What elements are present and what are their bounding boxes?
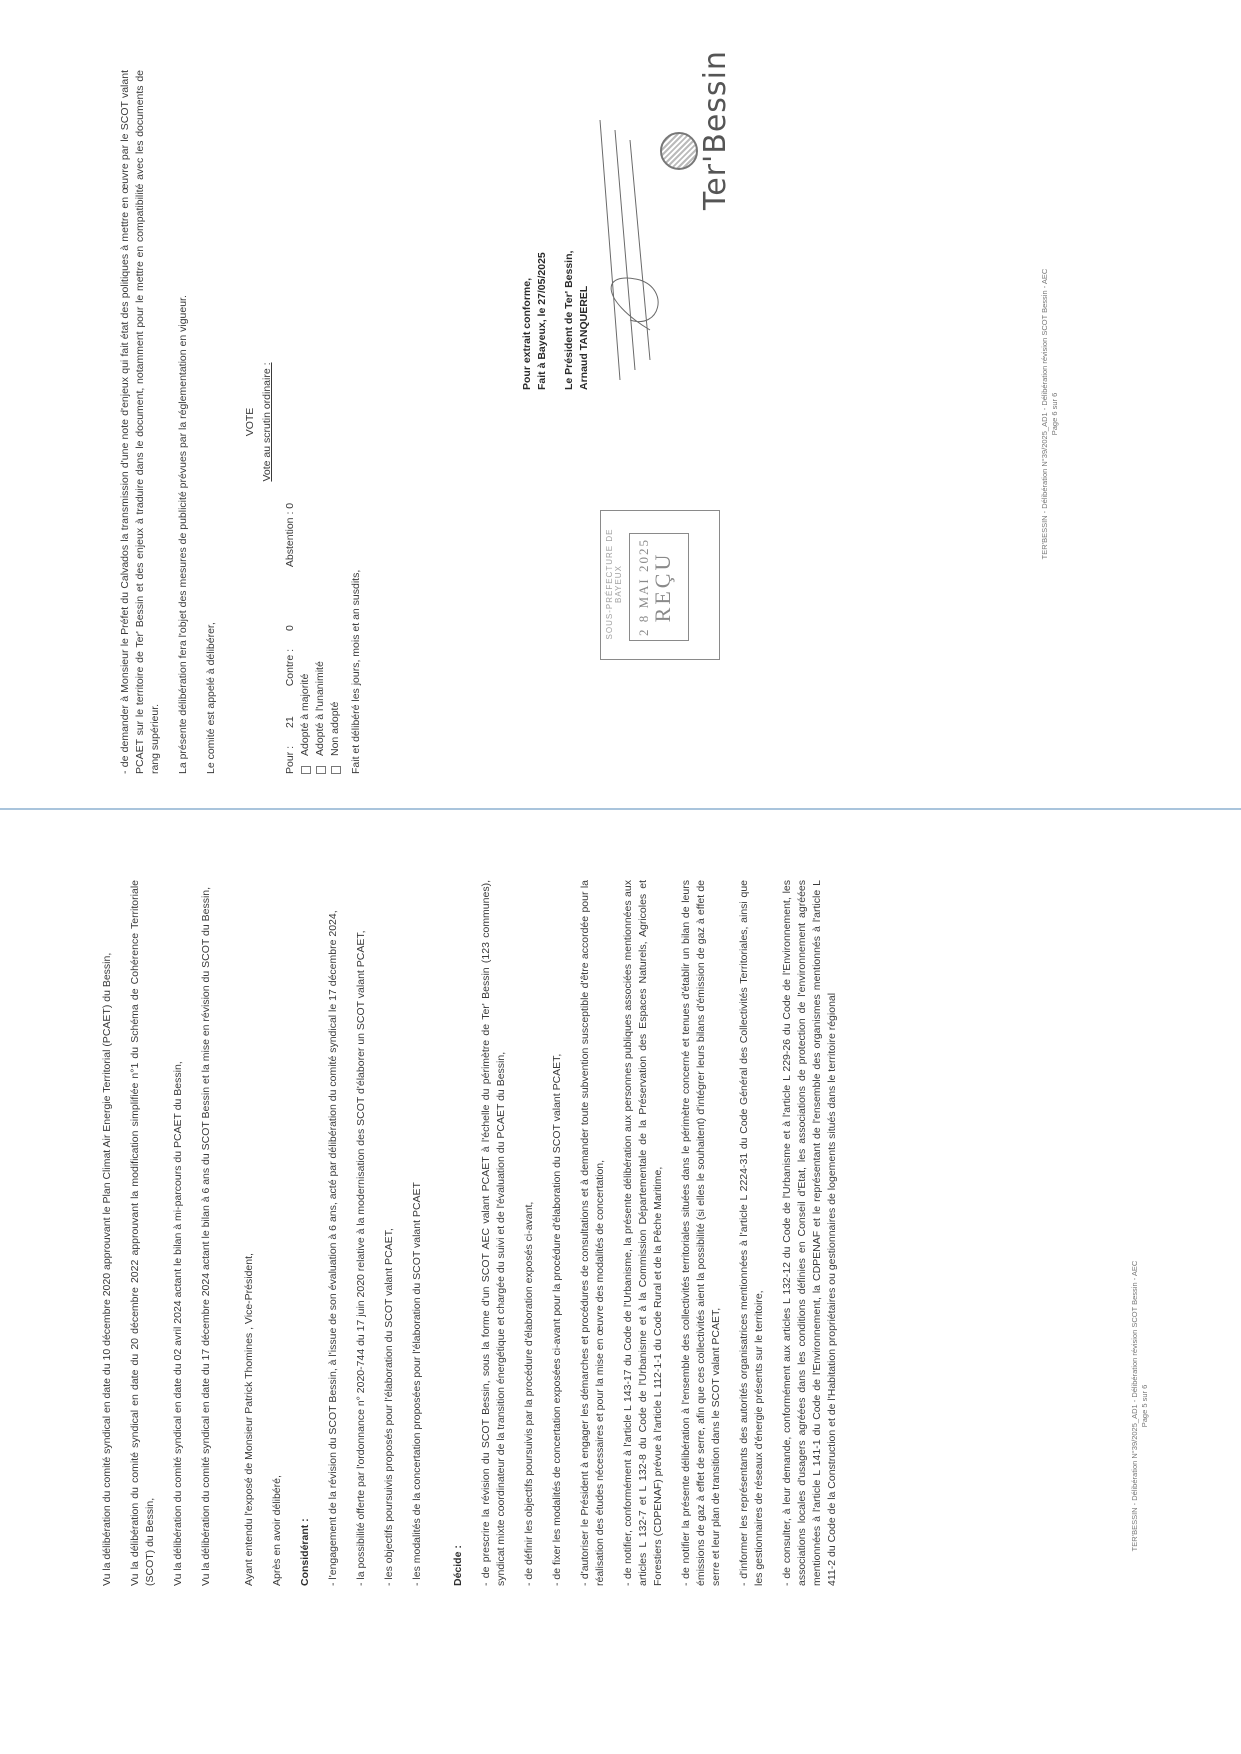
footer-reference: TER'BESSIN - Délibération N°39/2025_AD1 … [1040,54,1050,774]
option-label: Non adopté [328,702,343,756]
demander-prefet-clause: - de demander à Monsieur le Préfet du Ca… [118,70,163,774]
option-label: Adopté à majorité [298,674,313,756]
publicite-clause: La présente délibération fera l'objet de… [176,70,191,774]
contre-value: 0 [283,625,298,631]
decide-item: - de notifier la présente délibération à… [679,880,724,1586]
vote-counts: Pour : 21 Contre : 0 Abstention : 0 [283,70,298,774]
ter-bessin-logo: Ter'Bessin [660,30,750,270]
vu-clause: Vu la délibération du comité syndical en… [128,880,158,1586]
fait-delibere: Fait et délibéré les jours, mois et an s… [349,70,364,774]
option-label: Adopté à l'unanimité [313,661,328,756]
considerant-item: - les modalités de la concertation propo… [410,880,425,1586]
considerant-heading: Considérant : [298,880,313,1586]
decide-item: - de consulter, à leur demande, conformé… [780,880,840,1586]
fait-a-bayeux: Fait à Bayeux, le 27/05/2025 [535,90,550,390]
pour-value: 21 [283,716,298,728]
stamp-inner-box: 2 8 MAI 2025 REÇU [629,533,689,641]
considerant-item: - la possibilité offerte par l'ordonnanc… [354,880,369,1586]
seal-icon [660,132,698,170]
stamp-date: 2 8 MAI 2025 [636,534,651,640]
vu-clause: Vu la délibération du comité syndical en… [171,880,186,1586]
received-stamp: SOUS-PRÉFECTURE DE BAYEUX 2 8 MAI 2025 R… [600,510,720,660]
document-page-5: Vu la délibération du comité syndical en… [0,810,1241,1754]
page-footer: TER'BESSIN - Délibération N°39/2025_AD1 … [1040,54,1060,774]
page-number: Page 5 sur 6 [1140,1226,1150,1586]
considerant-item: - les objectifs poursuivis proposés pour… [382,880,397,1586]
checkbox-icon[interactable] [331,766,341,774]
abstention: Abstention : 0 [283,503,298,567]
footer-reference: TER'BESSIN - Délibération N°39/2025_AD1 … [1130,1226,1140,1586]
document-page-6: - de demander à Monsieur le Préfet du Ca… [0,0,1241,810]
vote-title: VOTE [243,70,258,774]
vu-clause: Vu la délibération du comité syndical en… [199,880,214,1586]
apres-delibere: Après en avoir délibéré, [270,880,285,1586]
page-footer: TER'BESSIN - Délibération N°39/2025_AD1 … [1130,1226,1150,1586]
vote-subtitle: Vote au scrutin ordinaire : [260,70,275,774]
ayant-entendu: Ayant entendu l'exposé de Monsieur Patri… [242,880,257,1586]
decide-item: - de fixer les modalités de concertation… [550,880,565,1586]
pour-label: Pour : [283,746,298,774]
option-adopte-unanimite[interactable]: Adopté à l'unanimité [313,70,328,774]
stamp-word: REÇU [655,534,670,640]
logo-text: Ter'Bessin [708,50,723,210]
vote-section: VOTE Vote au scrutin ordinaire : Pour : … [243,70,364,774]
checkbox-icon[interactable] [316,766,326,774]
contre-label: Contre : [283,649,298,686]
page-number: Page 6 sur 6 [1050,54,1060,774]
extrait-conforme: Pour extrait conforme, [520,90,535,390]
checkbox-icon[interactable] [301,766,311,774]
comite-appele: Le comité est appelé à délibérer, [204,70,219,774]
vu-clause: Vu la délibération du comité syndical en… [100,880,115,1586]
considerant-item: - l'engagement de la révision du SCOT Be… [326,880,341,1586]
decide-item: - de prescrire la révision du SCOT Bessi… [479,880,509,1586]
decide-heading: Décide : [451,880,466,1586]
decide-item: - de notifier, conformément à l'article … [621,880,666,1586]
decide-item: - d'autoriser le Président à engager les… [578,880,608,1586]
decide-item: - de définir les objectifs poursuivis pa… [522,880,537,1586]
option-non-adopte[interactable]: Non adopté [328,70,343,774]
option-adopte-majorite[interactable]: Adopté à majorité [298,70,313,774]
decide-item: - d'informer les représentants des autor… [737,880,767,1586]
stamp-header: SOUS-PRÉFECTURE DE BAYEUX [605,509,623,659]
